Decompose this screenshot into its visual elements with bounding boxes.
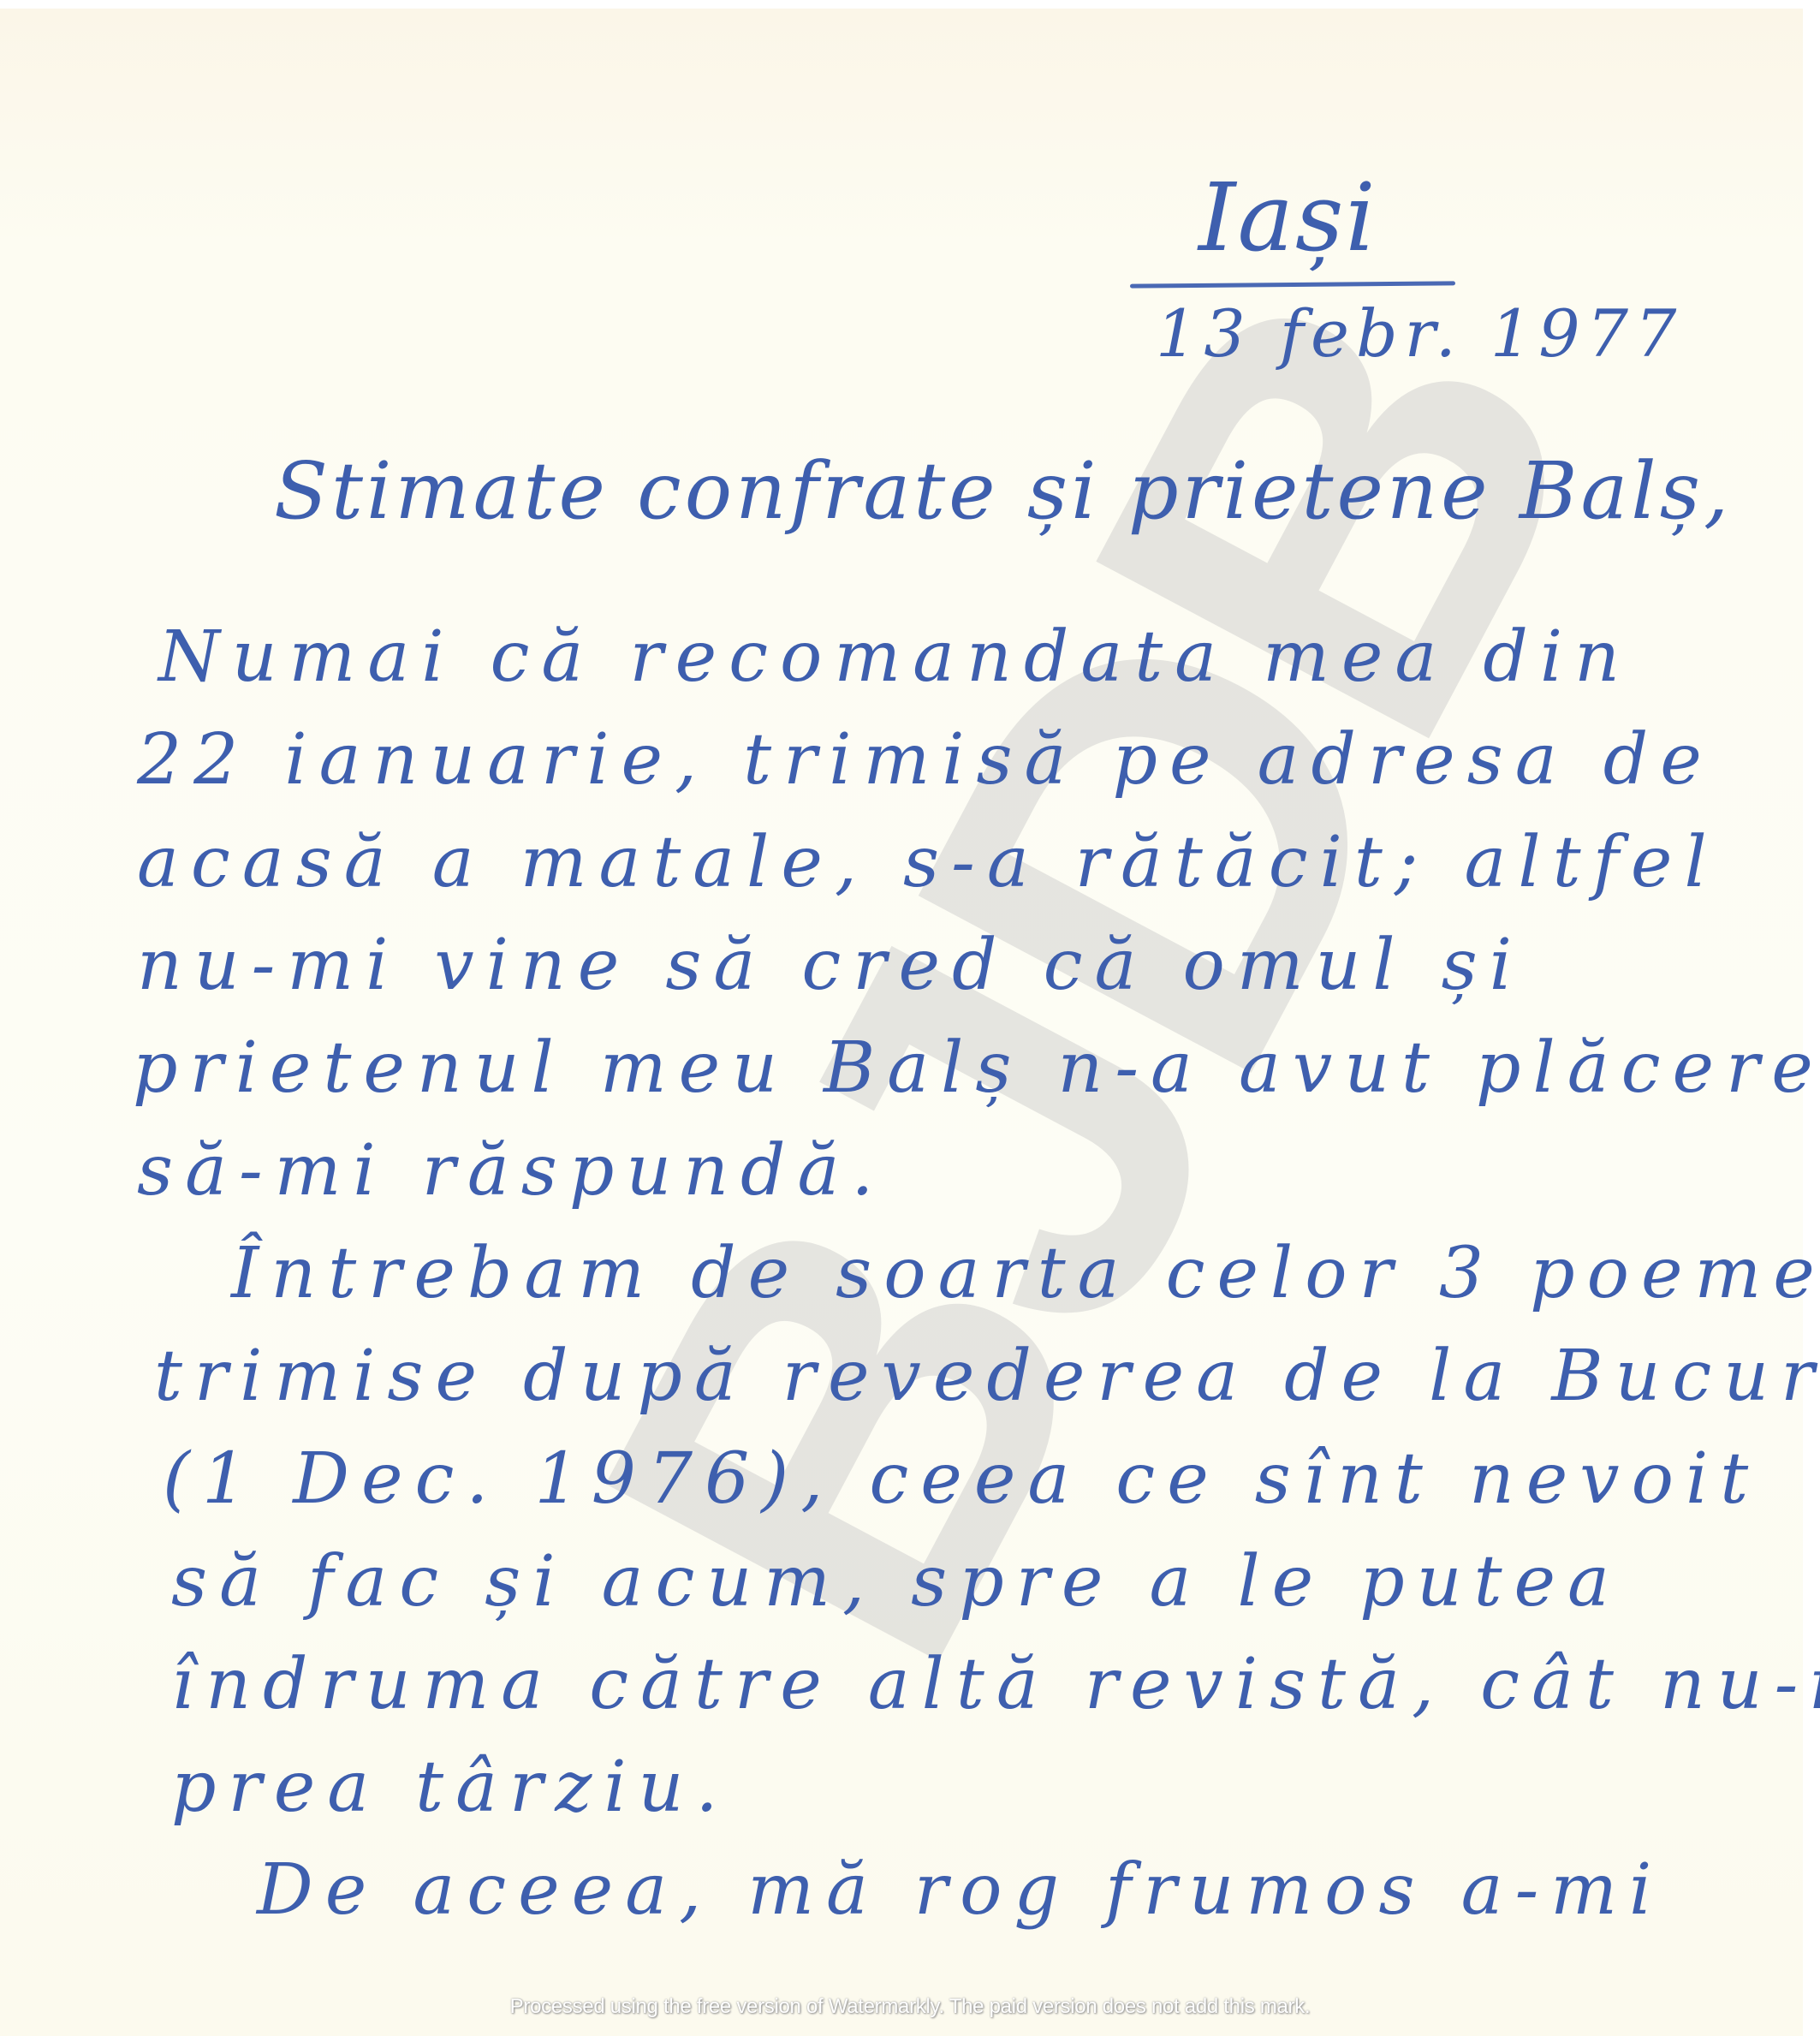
letter-line: prea târziu. [171, 1747, 730, 1828]
footer-watermark: Processed using the free version of Wate… [0, 1995, 1820, 2019]
letter-line: De aceea, mă rog frumos a-mi [257, 1849, 1663, 1931]
letter-line: prietenul meu Balș n-a avut plăcerea [133, 1027, 1820, 1109]
letter-line: 22 ianuarie, trimisă pe adresa de [137, 719, 1714, 801]
letter-place: Iași [1198, 163, 1377, 272]
letter-line: (1 Dec. 1976), ceea ce sînt nevoit [163, 1438, 1760, 1520]
letter-line: Numai că recomandata mea din [158, 616, 1632, 698]
letter-line: trimise după revederea de la București [154, 1336, 1820, 1417]
letter-line: nu-mi vine să cred că omul și [137, 925, 1524, 1006]
letter-line: acasă a matale, s-a rătăcit; altfel [137, 822, 1719, 903]
letter-line: Întrebam de soarta celor 3 poeme [231, 1233, 1820, 1314]
letter-line: să fac și acum, spre a le putea [171, 1541, 1621, 1622]
letter-date: 13 febr. 1977 [1156, 295, 1683, 372]
letter-line: îndruma către altă revistă, cât nu-i [171, 1644, 1820, 1725]
letter-line: să-mi răspundă. [137, 1130, 885, 1211]
letter-salutation: Stimate confrate și prietene Balș, [274, 445, 1732, 537]
